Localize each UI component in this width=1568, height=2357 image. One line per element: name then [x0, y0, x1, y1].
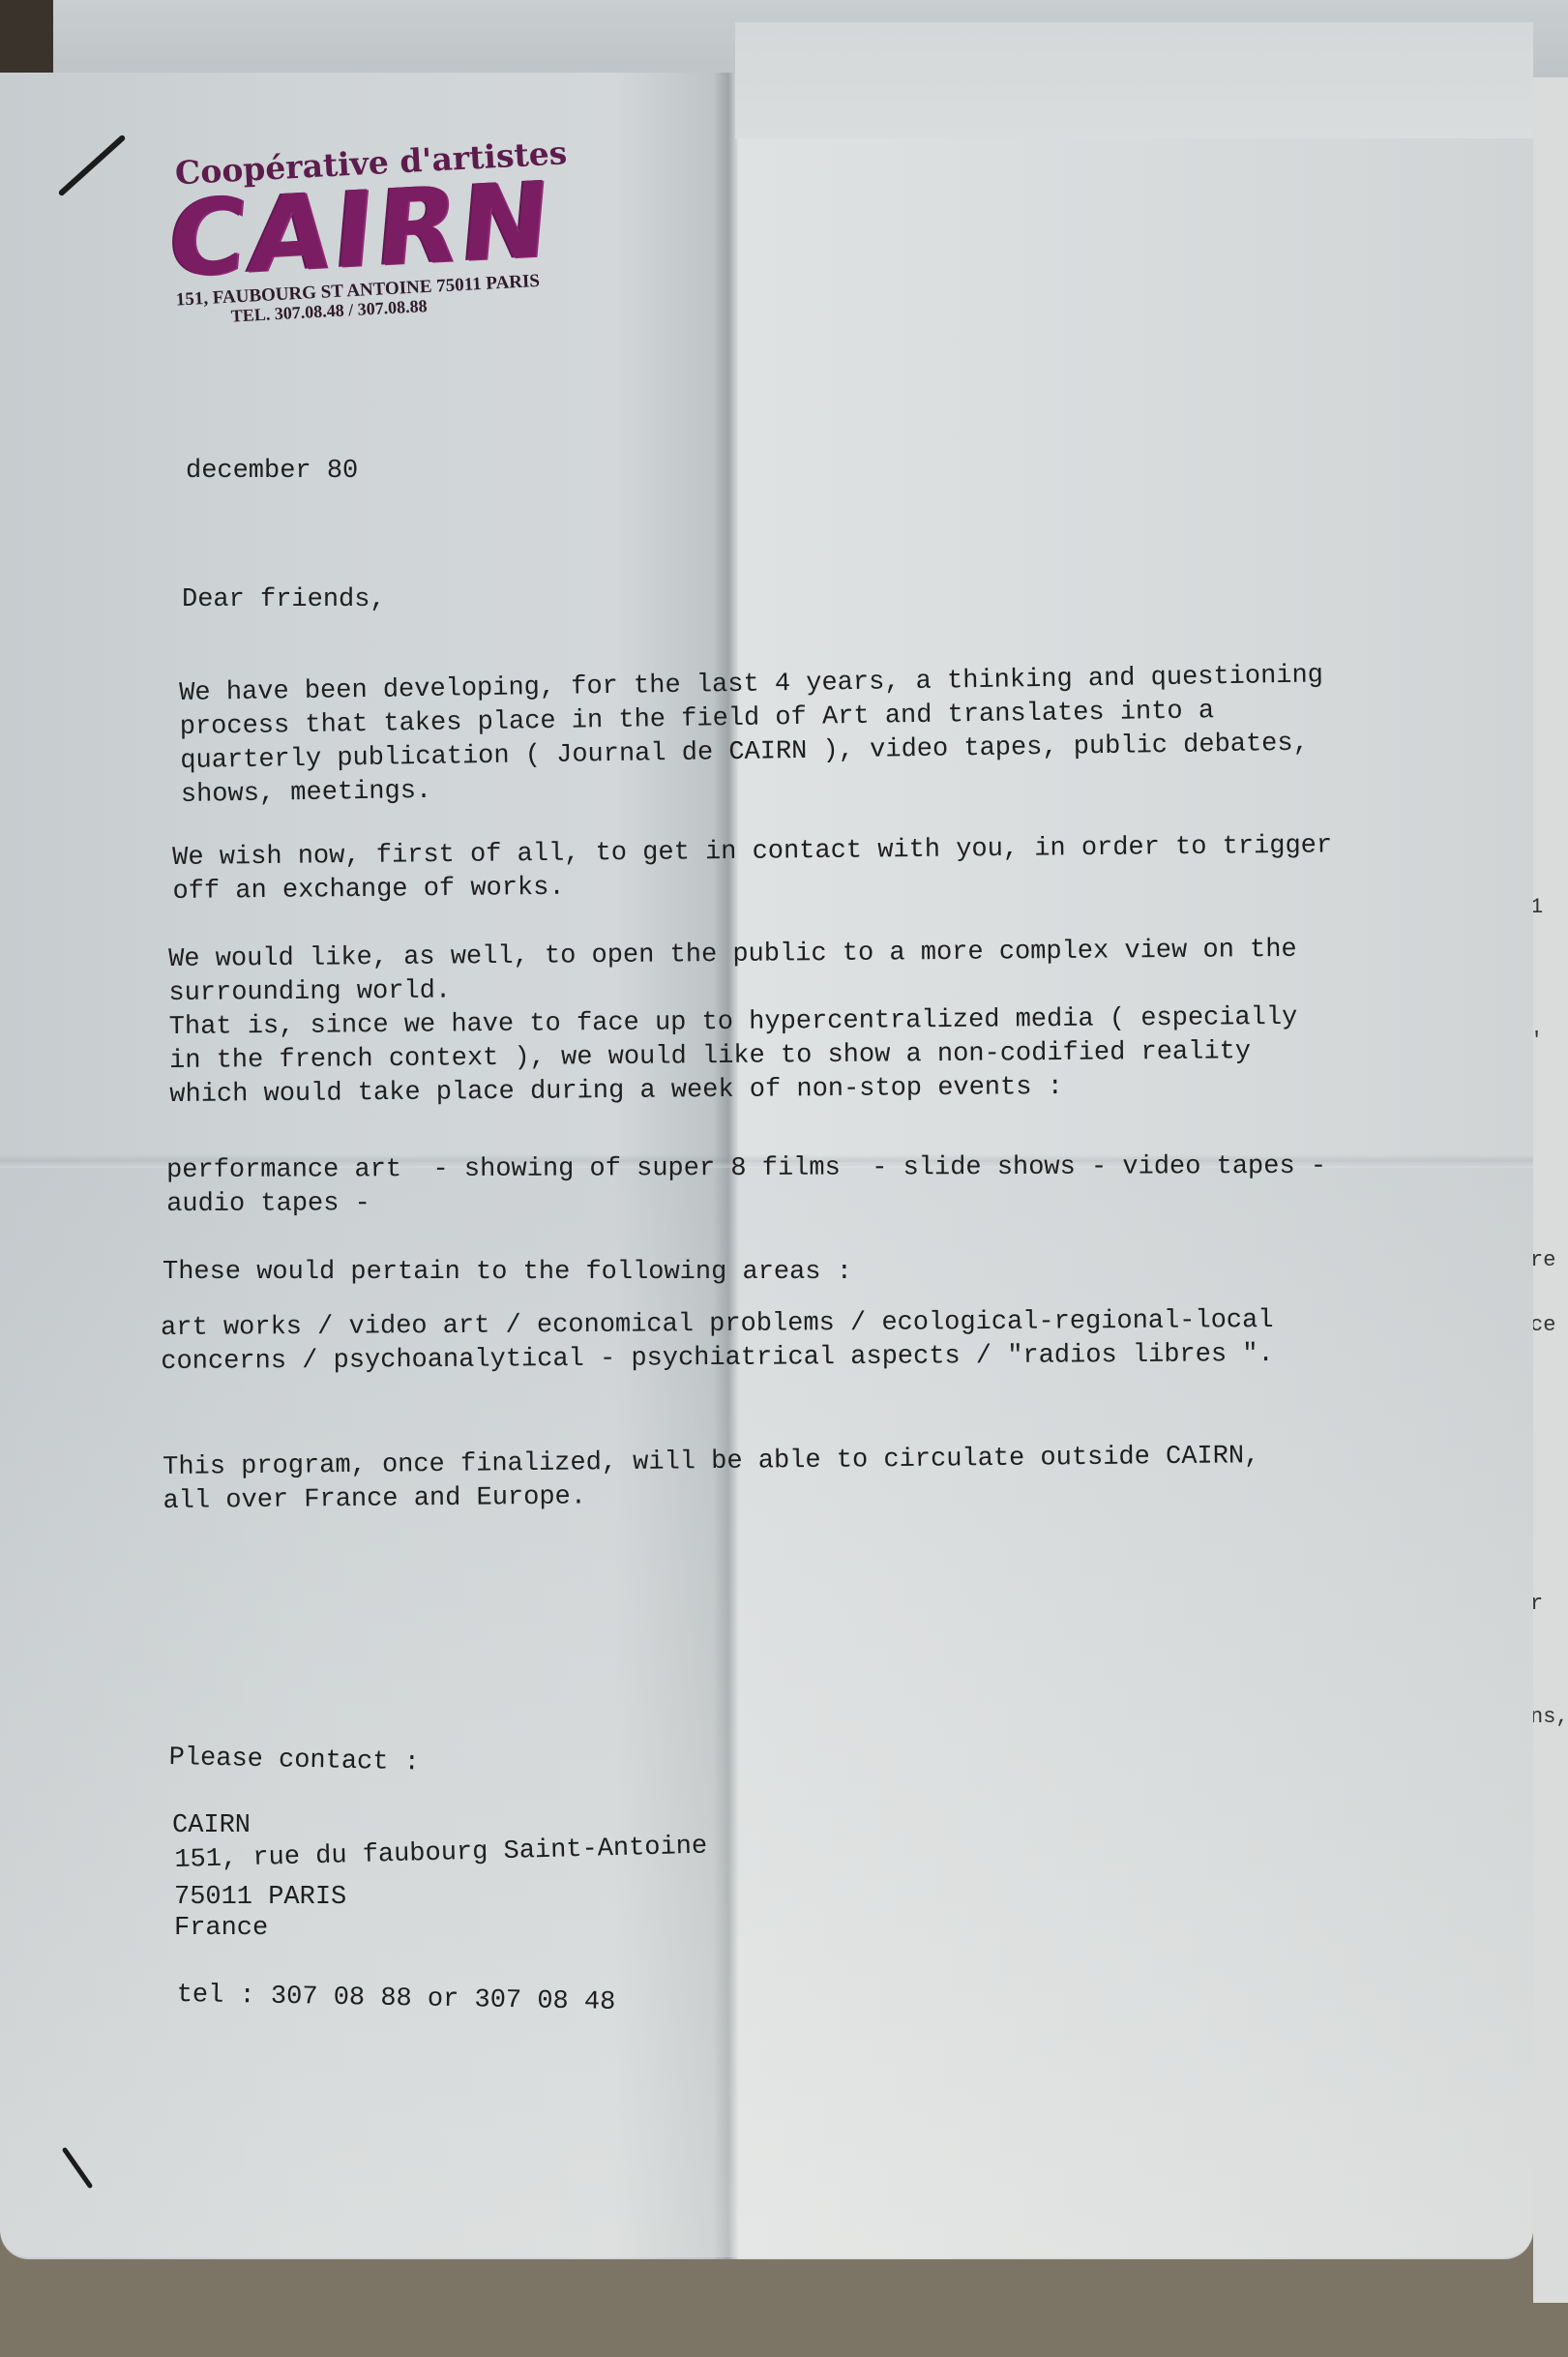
underlying-sheet-fragment: ce — [1530, 1313, 1555, 1337]
underlying-sheet-fragment: ns, — [1530, 1705, 1568, 1729]
letterhead-stamp: Coopérative d'artistes CAIRN 151, FAUBOU… — [164, 134, 575, 328]
letter-date: december 80 — [186, 455, 358, 489]
letter-paragraph: We would like, as well, to open the publ… — [168, 934, 1298, 1113]
letter-paragraph: These would pertain to the following are… — [163, 1256, 852, 1290]
letter-paragraph: We wish now, first of all, to get in con… — [172, 829, 1333, 910]
letter-paragraph: performance art - showing of super 8 fil… — [166, 1150, 1326, 1222]
contact-city: 75011 PARIS — [174, 1881, 346, 1915]
letter-sheet-right-panel — [735, 22, 1533, 138]
contact-name: CAIRN — [172, 1809, 251, 1843]
background-surface — [0, 0, 53, 73]
underlying-sheet-edge — [1533, 77, 1568, 2303]
letter-paragraph: art works / video art / economical probl… — [161, 1304, 1274, 1380]
contact-country: France — [174, 1912, 268, 1946]
letter-salutation: Dear friends, — [182, 583, 386, 617]
letter-paragraph: We have been developing, for the last 4 … — [179, 659, 1325, 813]
contact-intro: Please contact : — [168, 1742, 420, 1780]
underlying-sheet-fragment: re — [1530, 1248, 1555, 1272]
letter-paragraph: This program, once finalized, will be ab… — [163, 1440, 1260, 1519]
letterhead-logo: CAIRN — [164, 171, 575, 289]
